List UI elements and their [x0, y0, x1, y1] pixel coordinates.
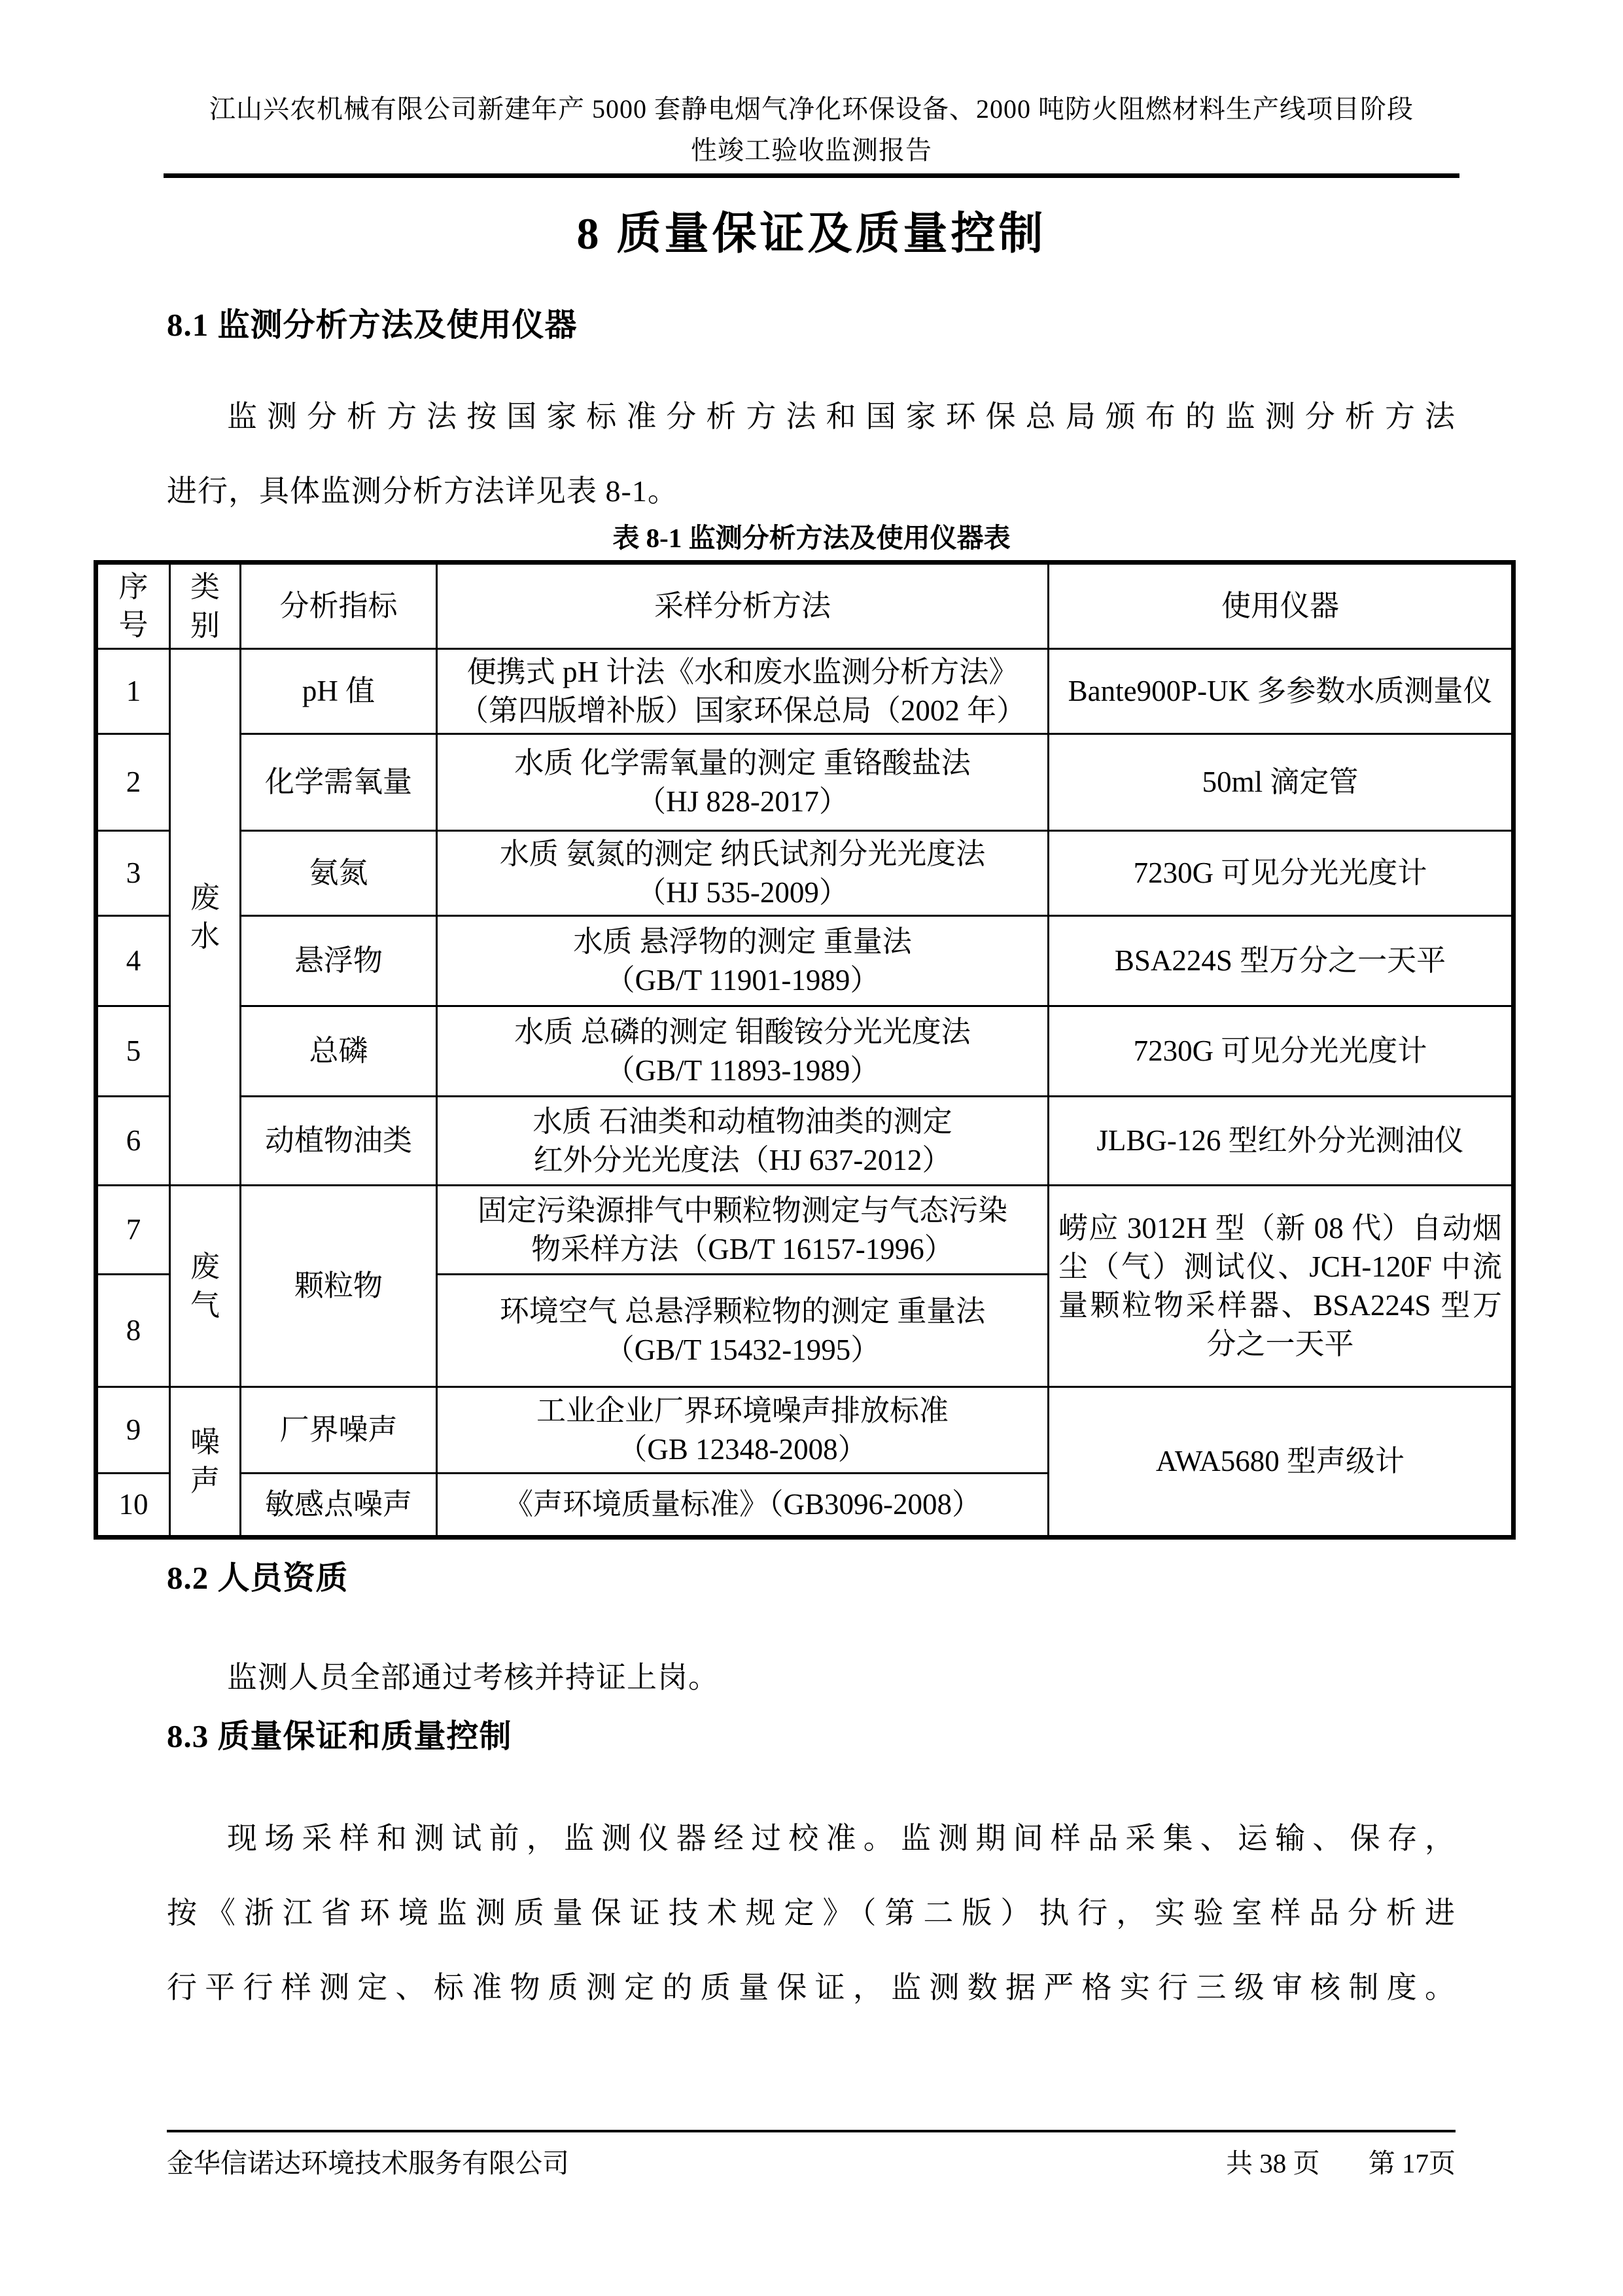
col-header-indicator: 分析指标 [241, 563, 437, 649]
row-4-no: 4 [96, 916, 170, 1006]
row-10-no: 10 [96, 1474, 170, 1538]
row-9-indicator: 厂界噪声 [241, 1387, 437, 1474]
col-header-instrument: 使用仪器 [1049, 563, 1514, 649]
row-1-no: 1 [96, 649, 170, 734]
section-8-2-paragraph: 监测人员全部通过考核并持证上岗。 [167, 1640, 1456, 1715]
table-row: 1 废水 pH 值 便携式 pH 计法《水和废水监测分析方法》 （第四版增补版）… [96, 649, 1514, 734]
table-row: 2 化学需氧量 水质 化学需氧量的测定 重铬酸盐法 （HJ 828-2017） … [96, 734, 1514, 831]
table-row: 4 悬浮物 水质 悬浮物的测定 重量法 （GB/T 11901-1989） BS… [96, 916, 1514, 1006]
row-4-method: 水质 悬浮物的测定 重量法 （GB/T 11901-1989） [437, 916, 1049, 1006]
table-row: 7 废气 颗粒物 固定污染源排气中颗粒物测定与气态污染 物采样方法（GB/T 1… [96, 1186, 1514, 1275]
header-divider [164, 173, 1459, 178]
row-6-no: 6 [96, 1097, 170, 1186]
row-2-indicator: 化学需氧量 [241, 734, 437, 831]
report-page: 江山兴农机械有限公司新建年产 5000 套静电烟气净化环保设备、2000 吨防火… [0, 0, 1623, 2296]
row-10-indicator: 敏感点噪声 [241, 1474, 437, 1538]
row-4-indicator: 悬浮物 [241, 916, 437, 1006]
table-row: 9 噪声 厂界噪声 工业企业厂界环境噪声排放标准 （GB 12348-2008）… [96, 1387, 1514, 1474]
row-7-no: 7 [96, 1186, 170, 1275]
section-8-1-paragraph: 监测分析方法按国家标准分析方法和国家环保总局颁布的监测分析方法 进行，具体监测分… [167, 380, 1456, 529]
paragraph-line: 按《浙江省环境监测质量保证技术规定》（第二版）执行，实验室样品分析进 [167, 1876, 1456, 1951]
row-1-instrument: Bante900P-UK 多参数水质测量仪 [1049, 649, 1514, 734]
row-5-no: 5 [96, 1006, 170, 1097]
category-wastewater: 废水 [170, 649, 241, 1186]
col-header-no: 序号 [96, 563, 170, 649]
analysis-methods-table: 序号 类别 分析指标 采样分析方法 使用仪器 1 废水 pH 值 便携式 pH … [94, 560, 1516, 1540]
row-3-indicator: 氨氮 [241, 831, 437, 916]
table-header-row: 序号 类别 分析指标 采样分析方法 使用仪器 [96, 563, 1514, 649]
section-8-1-heading: 8.1 监测分析方法及使用仪器 [167, 306, 1456, 344]
footer-company: 金华信诺达环境技术服务有限公司 [167, 2147, 569, 2180]
paragraph-line: 监测人员全部通过考核并持证上岗。 [167, 1640, 1456, 1715]
row-10-method: 《声环境质量标准》（GB3096-2008） [437, 1474, 1049, 1538]
category-waste-gas: 废气 [170, 1186, 241, 1387]
category-noise: 噪声 [170, 1387, 241, 1538]
row-5-method: 水质 总磷的测定 钼酸铵分光光度法 （GB/T 11893-1989） [437, 1006, 1049, 1097]
table-row: 3 氨氮 水质 氨氮的测定 纳氏试剂分光光度法 （HJ 535-2009） 72… [96, 831, 1514, 916]
row-5-indicator: 总磷 [241, 1006, 437, 1097]
row-2-instrument: 50ml 滴定管 [1049, 734, 1514, 831]
document-header: 江山兴农机械有限公司新建年产 5000 套静电烟气净化环保设备、2000 吨防火… [165, 88, 1458, 171]
footer-page-numbers: 共 38 页 第 17页 [1226, 2147, 1456, 2180]
header-line-1: 江山兴农机械有限公司新建年产 5000 套静电烟气净化环保设备、2000 吨防火… [165, 88, 1458, 130]
row-1-method: 便携式 pH 计法《水和废水监测分析方法》 （第四版增补版）国家环保总局（200… [437, 649, 1049, 734]
row-2-method: 水质 化学需氧量的测定 重铬酸盐法 （HJ 828-2017） [437, 734, 1049, 831]
col-header-category: 类别 [170, 563, 241, 649]
row-9-method: 工业企业厂界环境噪声排放标准 （GB 12348-2008） [437, 1387, 1049, 1474]
table-row: 5 总磷 水质 总磷的测定 钼酸铵分光光度法 （GB/T 11893-1989）… [96, 1006, 1514, 1097]
chapter-title: 8 质量保证及质量控制 [0, 207, 1623, 260]
row-6-instrument: JLBG-126 型红外分光测油仪 [1049, 1097, 1514, 1186]
row-3-method: 水质 氨氮的测定 纳氏试剂分光光度法 （HJ 535-2009） [437, 831, 1049, 916]
indicator-particulate: 颗粒物 [241, 1186, 437, 1387]
col-header-method: 采样分析方法 [437, 563, 1049, 649]
paragraph-line: 现场采样和测试前，监测仪器经过校准。监测期间样品采集、运输、保存， [167, 1801, 1456, 1876]
paragraph-line: 监测分析方法按国家标准分析方法和国家环保总局颁布的监测分析方法 [167, 380, 1456, 454]
row-9-no: 9 [96, 1387, 170, 1474]
row-3-instrument: 7230G 可见分光光度计 [1049, 831, 1514, 916]
section-8-3-heading: 8.3 质量保证和质量控制 [167, 1718, 1456, 1756]
row-5-instrument: 7230G 可见分光光度计 [1049, 1006, 1514, 1097]
row-6-method: 水质 石油类和动植物油类的测定 红外分光光度法（HJ 637-2012） [437, 1097, 1049, 1186]
footer-current-page: 第 17页 [1369, 2148, 1456, 2178]
row-1-indicator: pH 值 [241, 649, 437, 734]
row-3-no: 3 [96, 831, 170, 916]
table-row: 6 动植物油类 水质 石油类和动植物油类的测定 红外分光光度法（HJ 637-2… [96, 1097, 1514, 1186]
paragraph-line: 进行，具体监测分析方法详见表 8-1。 [167, 454, 1456, 529]
document-footer: 金华信诺达环境技术服务有限公司 共 38 页 第 17页 [167, 2130, 1456, 2180]
section-8-3-paragraph: 现场采样和测试前，监测仪器经过校准。监测期间样品采集、运输、保存， 按《浙江省环… [167, 1801, 1456, 2025]
section-8-2-heading: 8.2 人员资质 [167, 1559, 1456, 1597]
paragraph-line: 行平行样测定、标准物质测定的质量保证，监测数据严格实行三级审核制度。 [167, 1951, 1456, 2025]
row-4-instrument: BSA224S 型万分之一天平 [1049, 916, 1514, 1006]
row-2-no: 2 [96, 734, 170, 831]
row-8-no: 8 [96, 1275, 170, 1387]
header-line-2: 性竣工验收监测报告 [165, 130, 1458, 171]
instrument-noise-span: AWA5680 型声级计 [1049, 1387, 1514, 1538]
row-8-method: 环境空气 总悬浮颗粒物的测定 重量法 （GB/T 15432-1995） [437, 1275, 1049, 1387]
instrument-gas-span: 崂应 3012H 型（新 08 代）自动烟 尘（气）测试仪、JCH-120F 中… [1049, 1186, 1514, 1387]
row-6-indicator: 动植物油类 [241, 1097, 437, 1186]
row-7-method: 固定污染源排气中颗粒物测定与气态污染 物采样方法（GB/T 16157-1996… [437, 1186, 1049, 1275]
footer-total-pages: 共 38 页 [1226, 2148, 1320, 2178]
